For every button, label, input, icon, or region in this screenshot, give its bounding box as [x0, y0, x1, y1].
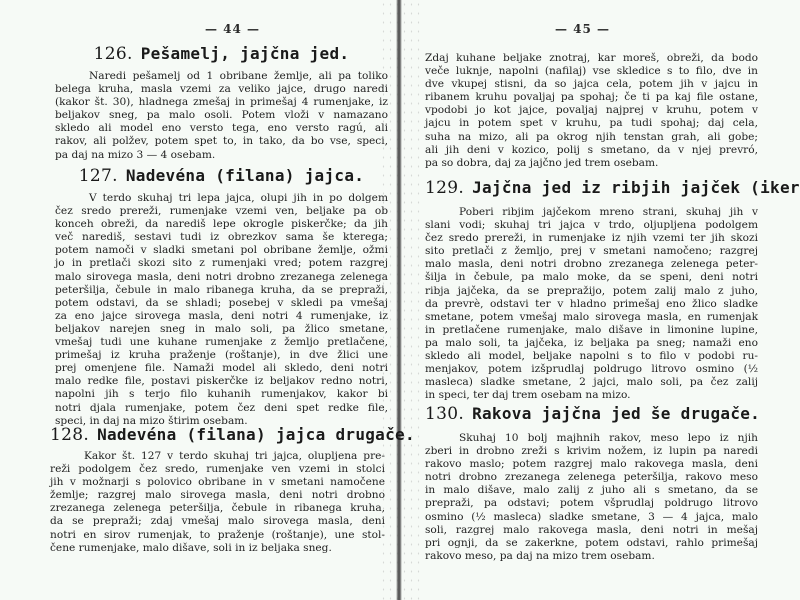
recipe-body: Naredi pešamelj od 1 obribane žemlje, al…: [55, 70, 388, 162]
text-line: suha na mizo, ali pa okrog njih tenstan …: [425, 131, 758, 144]
text-line: malo redke file, postavi piskerčke iz be…: [55, 375, 388, 388]
recipe-number: 129.: [425, 178, 464, 198]
text-line: Naredi pešamelj od 1 obribane žemlje, al…: [55, 70, 388, 83]
recipe-body: V terdo skuhaj tri lepa jajca, olupi jih…: [55, 192, 388, 428]
recipe-title-text: Pešamelj, jajčna jed.: [141, 44, 350, 63]
text-line: čene rumenjake, malo dišave, soli in iz …: [50, 542, 385, 555]
text-line: konceh obreži, da narediš lepe okrogle p…: [55, 218, 388, 231]
text-line: osmino (½ masleca) sladke smetane, 3 — 4…: [425, 511, 758, 524]
text-line: pri ognji, da se zakerkne, potem odstavi…: [425, 537, 758, 550]
recipe-title: 128.Nadevéna (filana) jajca drugače.: [50, 425, 385, 445]
text-line: belega kruha, masla vzemi za veliko jajc…: [55, 83, 388, 96]
text-line: primešaj iz kruha praženje (roštanje), i…: [55, 349, 388, 362]
text-line: ali jih deni v kozico, polij s smetano, …: [425, 144, 758, 157]
recipe-number: 126.: [94, 44, 133, 64]
text-line: prej omenjene file. Namaži model ali skl…: [55, 362, 388, 375]
text-line: ribanem kruhu povaljaj pa spohaj; če ti …: [425, 91, 758, 104]
recipe-title-text: Nadevéna (filana) jajca drugače.: [97, 425, 415, 444]
text-line: in pretlačene rumenjake, malo dišave in …: [425, 324, 758, 337]
text-line: peteršilja, čebule in malo ribanega kruh…: [55, 284, 388, 297]
text-line: zberi in drobno zreži s krivim nožem, iz…: [425, 445, 758, 458]
recipe-130: 130.Rakova jajčna jed še drugače. Skuhaj…: [425, 404, 758, 563]
text-line: notri en sirov rumenjak, to praženje (ro…: [50, 529, 385, 542]
recipe-title-text: Nadevéna (filana) jajca.: [126, 166, 364, 185]
text-line: notri djala rumenjake, potem čez deni sp…: [55, 402, 388, 415]
text-line: čez sredo prereži, in rumenjake iz njih …: [425, 232, 758, 245]
recipe-128: 128.Nadevéna (filana) jajca drugače. Kak…: [50, 425, 385, 555]
recipe-129: 129.Jajčna jed iz ribjih jajček (iker). …: [425, 178, 758, 402]
text-line: veče luknje, napolni (nafilaj) vse skled…: [425, 65, 758, 78]
text-line: čez sredo prereži, rumenjake vzemi ven, …: [55, 205, 388, 218]
recipe-title: 126.Pešamelj, jajčna jed.: [55, 44, 388, 64]
recipe-number: 130.: [425, 404, 464, 424]
text-line: sito pretlači z žemljo, prej v smetani n…: [425, 245, 758, 258]
text-line: rakov, ali polžev, potem spet to, in tak…: [55, 135, 388, 148]
text-line: notri drobno zrezanega zelenega peteršil…: [425, 471, 758, 484]
text-line: napolni jih s terjo filo kuhanih rumenja…: [55, 388, 388, 401]
text-line: dve vkupej stisni, da so jajca cela, pot…: [425, 78, 758, 91]
recipe-title: 129.Jajčna jed iz ribjih jajček (iker).: [425, 178, 758, 198]
text-line: in speci, ter daj trem osebam na mizo.: [425, 389, 758, 402]
text-line: Skuhaj 10 bolj majhnih rakov, meso lepo …: [425, 432, 758, 445]
text-line: za eno jajce sirovega masla, deni notri …: [55, 310, 388, 323]
text-line: reži podolgem čez sredo, rumenjake ven v…: [50, 463, 385, 476]
recipe-title-text: Rakova jajčna jed še drugače.: [472, 404, 760, 423]
text-line: smetane, potem vmešaj malo sirovega masl…: [425, 311, 758, 324]
recipe-title: 127.Nadevéna (filana) jajca.: [55, 166, 388, 186]
text-line: zrezanega zelenega peteršilja, čebule in…: [50, 502, 385, 515]
text-line: beljakov sneg, pa malo osoli. Potem vlož…: [55, 109, 388, 122]
text-line: in malo dišave, malo zalij z juho ali s …: [425, 484, 758, 497]
recipe-126: 126.Pešamelj, jajčna jed. Naredi pešamel…: [55, 44, 388, 162]
text-line: jih v možnarji s polovico obribane in v …: [50, 476, 385, 489]
text-line: jo in pretlači skozi sito z rumenjaki vr…: [55, 257, 388, 270]
recipe-title-text: Jajčna jed iz ribjih jajček (iker).: [472, 178, 800, 197]
recipe-number: 127.: [79, 166, 118, 186]
text-line: več narediš, sestavi tudi iz obrezkov sa…: [55, 231, 388, 244]
text-line: soli, razgrej malo rakovega masla, deni …: [425, 524, 758, 537]
text-line: potem namoči v sladki smetani pol obriba…: [55, 244, 388, 257]
text-line: da se prepraži; zdaj vmešaj malo siroveg…: [50, 515, 385, 528]
text-line: malo masla, deni notri drobno zrezanega …: [425, 258, 758, 271]
text-line: vmešaj tudi une kuhane rumenjake z žemlj…: [55, 336, 388, 349]
book-spread: — 44 — 126.Pešamelj, jajčna jed. Naredi …: [0, 0, 800, 600]
text-line: ribja jajčeka, da se prepražijo, potem z…: [425, 285, 758, 298]
text-line: rakovo maslo; potem razgrej malo rakoveg…: [425, 458, 758, 471]
text-line: pa so dobra, daj za jajčno jed trem oseb…: [425, 157, 758, 170]
text-line: da prevrè, odstavi ter v hladno primešaj…: [425, 298, 758, 311]
text-line: Kakor št. 127 v terdo skuhaj tri jajca, …: [50, 450, 385, 463]
text-line: slani vodi; skuhaj tri jajca v trdo, olj…: [425, 219, 758, 232]
text-line: masleca) sladke smetane, 2 jajci, malo s…: [425, 376, 758, 389]
recipe-title: 130.Rakova jajčna jed še drugače.: [425, 404, 758, 424]
text-line: skledo ali model, beljake napolni s to f…: [425, 350, 758, 363]
text-line: malo sirovega masla, deni notri drobno z…: [55, 271, 388, 284]
text-line: (kakor št. 30), hladnega zmešaj in prime…: [55, 96, 388, 109]
text-line: vpodobi jo kot jajce, povaljaj najprej v…: [425, 104, 758, 117]
text-line: Zdaj kuhane beljake znotraj, kar moreš, …: [425, 52, 758, 65]
text-line: V terdo skuhaj tri lepa jajca, olupi jih…: [55, 192, 388, 205]
text-line: jajcu in potem spet v kruhu, pa tudi spo…: [425, 117, 758, 130]
recipe-127: 127.Nadevéna (filana) jajca. V terdo sku…: [55, 166, 388, 428]
text-line: Poberi ribjim jajčekom mreno strani, sku…: [425, 206, 758, 219]
text-line: pa daj na mizo 3 — 4 osebam.: [55, 149, 388, 162]
recipe-number: 128.: [50, 425, 89, 445]
text-line: rakovo meso, pa daj na mizo trem osebam.: [425, 550, 758, 563]
recipe-body: Zdaj kuhane beljake znotraj, kar moreš, …: [425, 52, 758, 170]
text-line: potem odstavi, da se shladi; posebej v s…: [55, 297, 388, 310]
recipe-continuation: Zdaj kuhane beljake znotraj, kar moreš, …: [425, 52, 758, 170]
text-line: šilja in čebule, pa malo moke, da se spe…: [425, 271, 758, 284]
text-line: prepraži, pa odstavi; potem všprudlaj po…: [425, 497, 758, 510]
text-line: žemlje; razgrej malo sirovega masla, den…: [50, 489, 385, 502]
page-number-left: — 44 —: [205, 22, 260, 36]
recipe-body: Poberi ribjim jajčekom mreno strani, sku…: [425, 206, 758, 402]
text-line: menjakov, potem izšprudlaj poldrugo litr…: [425, 363, 758, 376]
page-number-right: — 45 —: [555, 22, 610, 36]
text-line: skledo ali model eno versto tega, eno ve…: [55, 122, 388, 135]
recipe-body: Kakor št. 127 v terdo skuhaj tri jajca, …: [50, 450, 385, 555]
text-line: beljakov narejen sneg in malo soli, pa ž…: [55, 323, 388, 336]
recipe-body: Skuhaj 10 bolj majhnih rakov, meso lepo …: [425, 432, 758, 563]
text-line: pa malo soli, ta jajčeka, iz beljaka pa …: [425, 337, 758, 350]
